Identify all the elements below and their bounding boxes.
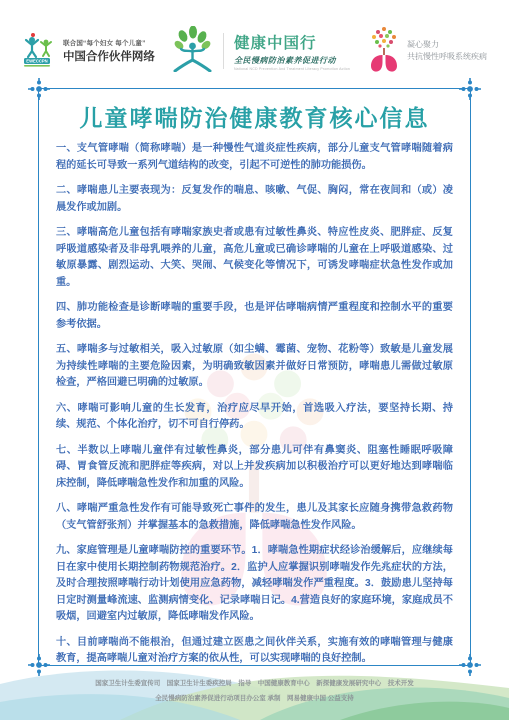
content-frame: 儿童哮喘防治健康教育核心信息 一、支气管哮喘（简称哮喘）是一种慢性气道炎症性疾病… <box>38 88 471 666</box>
core-info-list: 一、支气管哮喘（简称哮喘）是一种慢性气道炎症性疾病，部分儿童支气管哮喘随着病程的… <box>39 139 470 668</box>
footer-credits: 国家卫生计生委宣传司 国家卫生计生委疾控局 指导 中国健康教育中心 新探健康发展… <box>0 676 509 706</box>
core-info-item-9: 九、家庭管理是儿童哮喘防控的重要环节。1．哮喘急性期症状经诊治缓解后，应继续每日… <box>56 543 453 626</box>
page-title: 儿童哮喘防治健康教育核心信息 <box>39 100 470 133</box>
header-divider <box>223 33 224 69</box>
core-info-item-2: 二、哮喘患儿主要表现为：反复发作的喘息、咳嗽、气促、胸闷，常在夜间和（或）凌晨发… <box>56 183 453 216</box>
header-logos: EWECCPN 联合国“每个妇女 每个儿童” 中国合作伙伴网络 <box>0 22 509 80</box>
core-info-item-8: 八、哮喘严重急性发作有可能导致死亡事件的发生，患儿及其家长应随身携带急救药物（支… <box>56 501 453 534</box>
tree-person-icon <box>171 26 213 77</box>
core-info-item-4: 四、肺功能检查是诊断哮喘的重要手段，也是评估哮喘病情严重程度和控制水平的重要参考… <box>56 300 453 333</box>
corner-flourish-bottom-left <box>27 653 51 677</box>
core-info-item-3: 三、哮喘高危儿童包括有哮喘家族史者或患有过敏性鼻炎、特应性皮炎、肥胖症、反复呼吸… <box>56 225 453 291</box>
eweccpn-logo: EWECCPN 联合国“每个妇女 每个儿童” 中国合作伙伴网络 <box>22 31 155 72</box>
eweccpn-name: 中国合作伙伴网络 <box>63 48 155 64</box>
respiratory-slogan-1: 凝心聚力 <box>407 39 487 51</box>
lungs-tree-icon <box>366 24 402 79</box>
core-info-item-7: 七、半数以上哮喘儿童伴有过敏性鼻炎，部分患儿可伴有鼻窦炎、阻塞性睡眠呼吸障碍、胃… <box>56 443 453 493</box>
healthy-china-title: 健康中国行 <box>234 31 350 53</box>
core-info-item-1: 一、支气管哮喘（简称哮喘）是一种慢性气道炎症性疾病，部分儿童支气管哮喘随着病程的… <box>56 141 453 174</box>
footer-credits-line-1: 国家卫生计生委宣传司 国家卫生计生委疾控局 指导 中国健康教育中心 新探健康发展… <box>0 676 509 691</box>
corner-flourish-top-left <box>27 77 51 101</box>
core-info-item-10: 十、目前哮喘尚不能根治，但通过建立医患之间伙伴关系，实施有效的哮喘管理与健康教育… <box>56 635 453 668</box>
svg-text:EWECCPN: EWECCPN <box>26 58 47 63</box>
healthy-china-logo: 健康中国行 全民慢病防治素养促进行动 National NCD Preventi… <box>171 26 350 77</box>
respiratory-campaign-logo: 凝心聚力 共抗慢性呼吸系统疾病 <box>366 24 487 79</box>
eweccpn-figures-icon: EWECCPN <box>22 31 58 72</box>
core-info-item-6: 六、哮喘可影响儿童的生长发育，治疗应尽早开始，首选吸入疗法，要坚持长期、持续、规… <box>56 401 453 434</box>
core-info-item-5: 五、哮喘多与过敏相关，吸入过敏原（如尘螨、霉菌、宠物、花粉等）致敏是儿童发展为持… <box>56 342 453 392</box>
healthy-china-subtitle: 全民慢病防治素养促进行动 <box>234 55 350 66</box>
footer-credits-line-2: 全民慢病防治素养促进行动项目办公室 承制 网易健康中国 公益支持 <box>0 691 509 706</box>
healthy-china-english: National NCD Prevention And Treatment Li… <box>234 67 350 71</box>
corner-flourish-top-right <box>458 77 482 101</box>
corner-flourish-bottom-right <box>458 653 482 677</box>
eweccpn-tagline: 联合国“每个妇女 每个儿童” <box>63 38 155 47</box>
respiratory-slogan-2: 共抗慢性呼吸系统疾病 <box>407 51 487 63</box>
